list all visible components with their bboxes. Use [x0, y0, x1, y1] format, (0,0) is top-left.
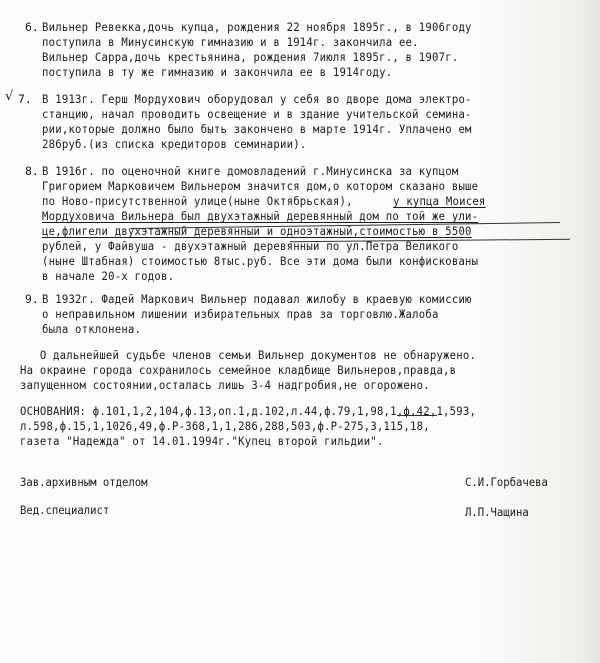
item-6-line-1: Вильнер Ревекка,дочь купца, рождения 22 … [42, 20, 472, 34]
item-9-number: 9. [25, 292, 39, 306]
checkmark-icon: √ [5, 90, 13, 104]
sources-line-2: л.598,ф.15,1,1026,49,ф.Р-368,1,1,286,288… [20, 419, 430, 433]
item-6-line-3: Вильнер Сарра,дочь крестьянина, рождения… [42, 50, 458, 64]
signature-title-specialist: Вед.специалист [20, 503, 109, 517]
item-9-line-2: о неправильном лишении избирательных пра… [42, 307, 439, 321]
scanned-document-page: 6. Вильнер Ревекка,дочь купца, рождения … [0, 0, 600, 663]
item-7-number: 7. [18, 92, 32, 106]
item-9-line-3: была отклонена. [42, 322, 141, 336]
item-7-line-3: рии,которые должно было быть закончено в… [42, 122, 472, 136]
conclusion-line-3: запущенном состоянии,осталась лишь 3-4 н… [20, 378, 430, 392]
item-9-line-1: В 1932г. Фадей Маркович Вильнер подавал … [42, 292, 472, 306]
item-8-line-3a: по Ново-присутственной улице(ныне Октябр… [42, 194, 353, 208]
signature-name-head: С.И.Горбачева [465, 475, 548, 489]
item-7-line-1: В 1913г. Герш Мордухович оборудовал у се… [42, 92, 472, 106]
item-8-line-2: Григорием Марковичем Вильнером значится … [42, 179, 478, 193]
item-6-number: 6. [25, 20, 39, 34]
conclusion-line-2: На окраине города сохранилось семейное к… [20, 363, 456, 377]
item-8-line-1: В 1916г. по оценочной книге домовладений… [42, 164, 458, 178]
sources-line-3: газета "Надежда" от 14.01.1994г."Купец в… [20, 434, 384, 448]
item-8-line-7: (ныне Штабная) стоимостью 8тыс.руб. Все … [42, 254, 478, 268]
signature-name-specialist: Л.П.Чащина [465, 505, 529, 519]
item-6-line-4: поступила в ту же гимназию и закончила е… [42, 65, 392, 79]
signature-title-head: Зав.архивным отделом [20, 475, 148, 489]
handwritten-underline [397, 415, 437, 416]
conclusion-line-1: О дальнейшей судьбе членов семьи Вильнер… [20, 348, 476, 362]
item-6-line-2: поступила в Минусинскую гимназию и в 191… [42, 35, 419, 49]
item-7-line-4: 286руб.(из списка кредиторов семинарии). [42, 137, 306, 151]
item-8-line-4-underlined: Мордуховича Вильнера был двухэтажный дер… [42, 209, 478, 223]
item-8-number: 8. [25, 164, 39, 178]
item-8-line-8: в начале 20-х годов. [42, 269, 174, 283]
item-7-line-2: станцию, начал проводить освещение и в з… [42, 107, 472, 121]
item-8-line-3b-underlined: у купца Моисея [393, 194, 486, 208]
